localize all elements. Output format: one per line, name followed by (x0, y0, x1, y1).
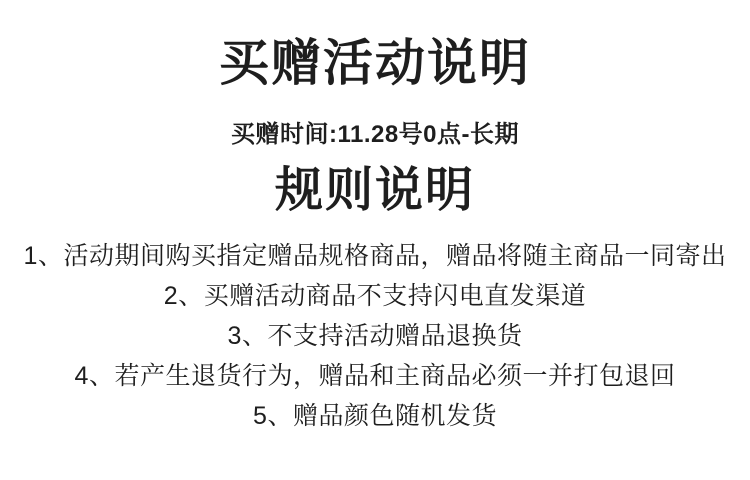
rules-list-item: 4、若产生退货行为，赠品和主商品必须一并打包退回 (0, 356, 750, 396)
rules-list-item: 2、买赠活动商品不支持闪电直发渠道 (0, 276, 750, 316)
rules-list-item: 3、不支持活动赠品退换货 (0, 316, 750, 356)
rules-list-item: 1、活动期间购买指定赠品规格商品，赠品将随主商品一同寄出 (0, 236, 750, 276)
page-title: 买赠活动说明 (0, 30, 750, 96)
promo-time-text: 买赠时间:11.28号0点-长期 (0, 120, 750, 150)
rules-list-item: 5、赠品颜色随机发货 (0, 396, 750, 436)
promo-notice-page: 买赠活动说明 买赠时间:11.28号0点-长期 规则说明 1、活动期间购买指定赠… (0, 0, 750, 480)
rules-title: 规则说明 (0, 162, 750, 220)
rules-list: 1、活动期间购买指定赠品规格商品，赠品将随主商品一同寄出 2、买赠活动商品不支持… (0, 236, 750, 436)
